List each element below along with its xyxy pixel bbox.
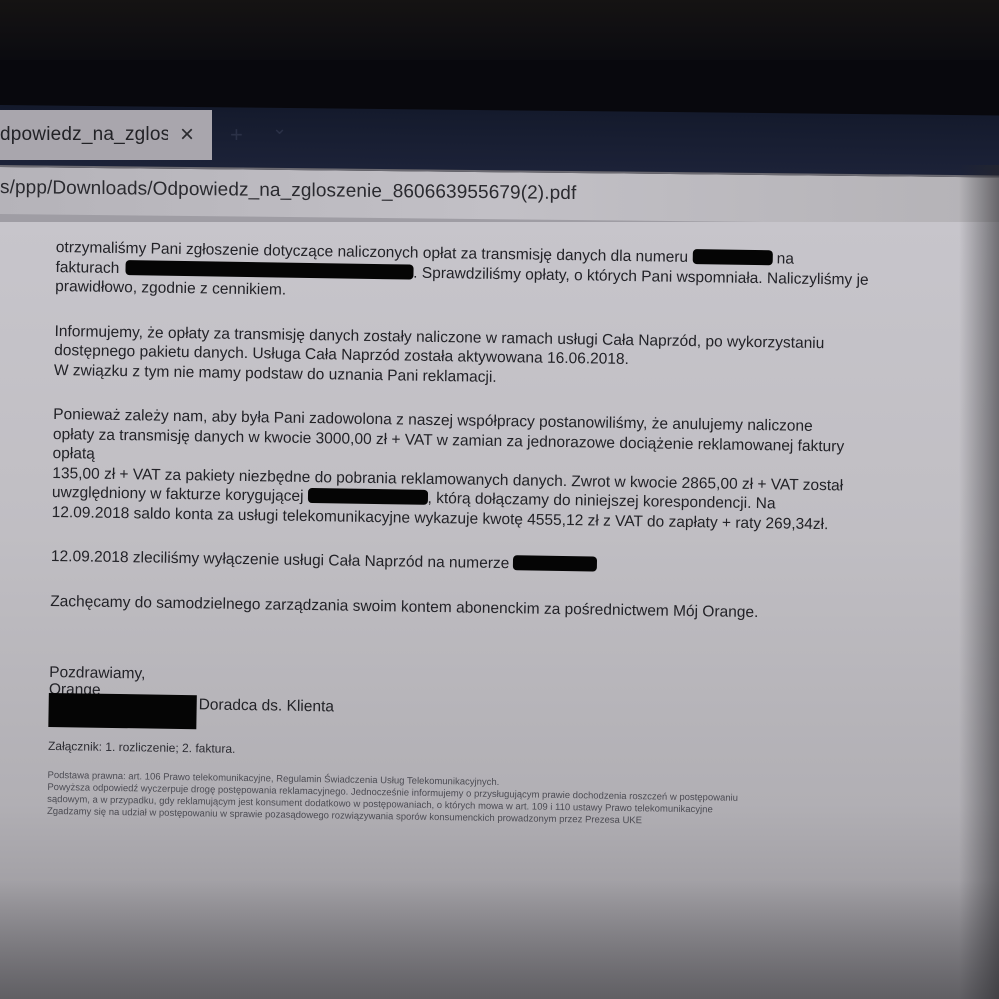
- signer-role: Doradca ds. Klienta: [199, 695, 335, 717]
- pdf-document-body: otrzymaliśmy Pani zgłoszenie dotyczące n…: [47, 238, 956, 832]
- text-segment: na: [777, 250, 795, 267]
- text-segment: fakturach: [55, 258, 119, 276]
- screen-bottom-shadow: [0, 880, 999, 999]
- new-tab-icon[interactable]: +: [230, 122, 243, 148]
- address-url[interactable]: s/ppp/Downloads/Odpowiedz_na_zgloszenie_…: [0, 177, 576, 205]
- monitor-bezel: [0, 0, 999, 60]
- redacted-signer-name: [48, 692, 197, 728]
- redacted-invoice-numbers: [125, 260, 413, 280]
- text-segment: 12.09.2018 zleciliśmy wyłączenie usługi …: [51, 548, 510, 572]
- text-line: Zachęcamy do samodzielnego zarządzania s…: [50, 591, 950, 625]
- browser-tab-active[interactable]: dpowiedz_na_zglosze ×: [0, 110, 212, 160]
- text-segment: uwzględniony w fakturze korygującej: [52, 484, 304, 505]
- screen-glare-shadow: [959, 165, 999, 999]
- paragraph-service-deactivation: 12.09.2018 zleciliśmy wyłączenie usługi …: [51, 547, 951, 581]
- redacted-phone-number: [513, 555, 597, 571]
- paragraph-charges-info: Informujemy, że opłaty za transmisję dan…: [54, 321, 955, 394]
- attachments-note: Załącznik: 1. rozliczenie; 2. faktura.: [48, 736, 948, 770]
- close-icon[interactable]: ×: [180, 123, 194, 147]
- paragraph-refund: Ponieważ zależy nam, aby była Pani zadow…: [52, 405, 954, 536]
- paragraph-self-service: Zachęcamy do samodzielnego zarządzania s…: [50, 591, 950, 625]
- redacted-correction-invoice: [307, 488, 427, 505]
- tab-title: dpowiedz_na_zglosze: [0, 124, 168, 146]
- chevron-down-icon[interactable]: ⌄: [272, 118, 287, 139]
- signature-block: Pozdrawiamy, Orange Doradca ds. Klienta …: [47, 663, 949, 832]
- text-line: 12.09.2018 zleciliśmy wyłączenie usługi …: [51, 547, 951, 581]
- redacted-phone-number: [692, 249, 772, 265]
